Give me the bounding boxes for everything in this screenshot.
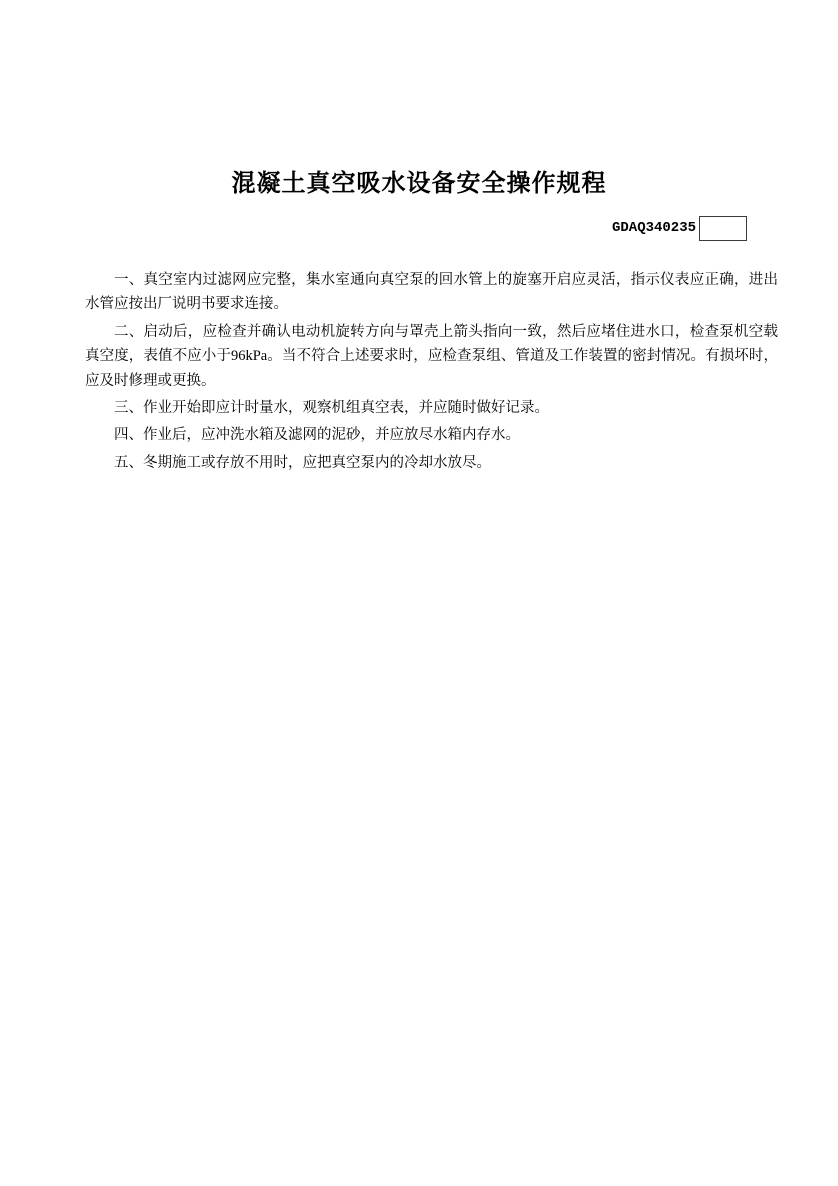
procedure-body: 一、真空室内过滤网应完整，集水室通向真空泵的回水管上的旋塞开启应灵活，指示仪表应… <box>85 268 778 475</box>
doc-code-box <box>699 216 747 241</box>
doc-code: GDAQ340235 <box>612 220 696 236</box>
doc-code-row: GDAQ340235 <box>0 214 747 242</box>
procedure-paragraph-4: 四、作业后，应冲洗水箱及滤网的泥砂，并应放尽水箱内存水。 <box>85 423 778 447</box>
procedure-paragraph-1: 一、真空室内过滤网应完整，集水室通向真空泵的回水管上的旋塞开启应灵活，指示仪表应… <box>85 268 778 317</box>
document-title: 混凝土真空吸水设备安全操作规程 <box>0 0 838 199</box>
procedure-paragraph-2: 二、启动后，应检查并确认电动机旋转方向与罩壳上箭头指向一致，然后应堵住进水口，检… <box>85 320 778 393</box>
procedure-paragraph-3: 三、作业开始即应计时量水，观察机组真空表，并应随时做好记录。 <box>85 396 778 420</box>
procedure-paragraph-5: 五、冬期施工或存放不用时，应把真空泵内的冷却水放尽。 <box>85 451 778 475</box>
document-page: 混凝土真空吸水设备安全操作规程 GDAQ340235 一、真空室内过滤网应完整，… <box>0 0 838 1186</box>
